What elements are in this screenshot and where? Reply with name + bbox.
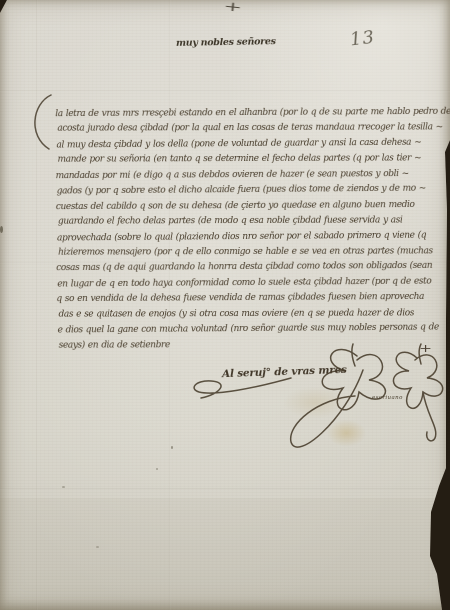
signature-rubric-flourish	[185, 336, 450, 476]
ink-speck	[96, 546, 99, 548]
rubric-note-text: escriuano	[372, 395, 403, 401]
ink-speck	[171, 446, 173, 449]
manuscript-line: mande por su señoria (en tanto q se dete…	[58, 154, 434, 171]
folio-number: 13	[349, 27, 376, 51]
ink-speck	[62, 486, 65, 488]
invocation-cross-mark: +	[222, 0, 261, 21]
scan-shading	[0, 498, 450, 610]
paper-sheet: + 13 muy nobles señores la letra de vras…	[0, 0, 450, 610]
manuscript-line: guardando el fecho delas partes (de modo…	[58, 215, 434, 232]
fold-crease-horizontal-top	[0, 90, 450, 92]
salutation-header: muy nobles señores	[176, 36, 276, 49]
opening-paren-flourish	[26, 92, 54, 152]
letter-body: la letra de vras mrs rresçebi estando en…	[55, 107, 435, 356]
manuscript-line: q so en vendida de la dehesa fuese vendi…	[56, 292, 434, 310]
scanned-manuscript-page: + 13 muy nobles señores la letra de vras…	[0, 0, 450, 610]
ink-speck	[0, 226, 3, 233]
ink-speck	[156, 468, 158, 470]
fold-crease-horizontal-bottom	[0, 488, 450, 490]
